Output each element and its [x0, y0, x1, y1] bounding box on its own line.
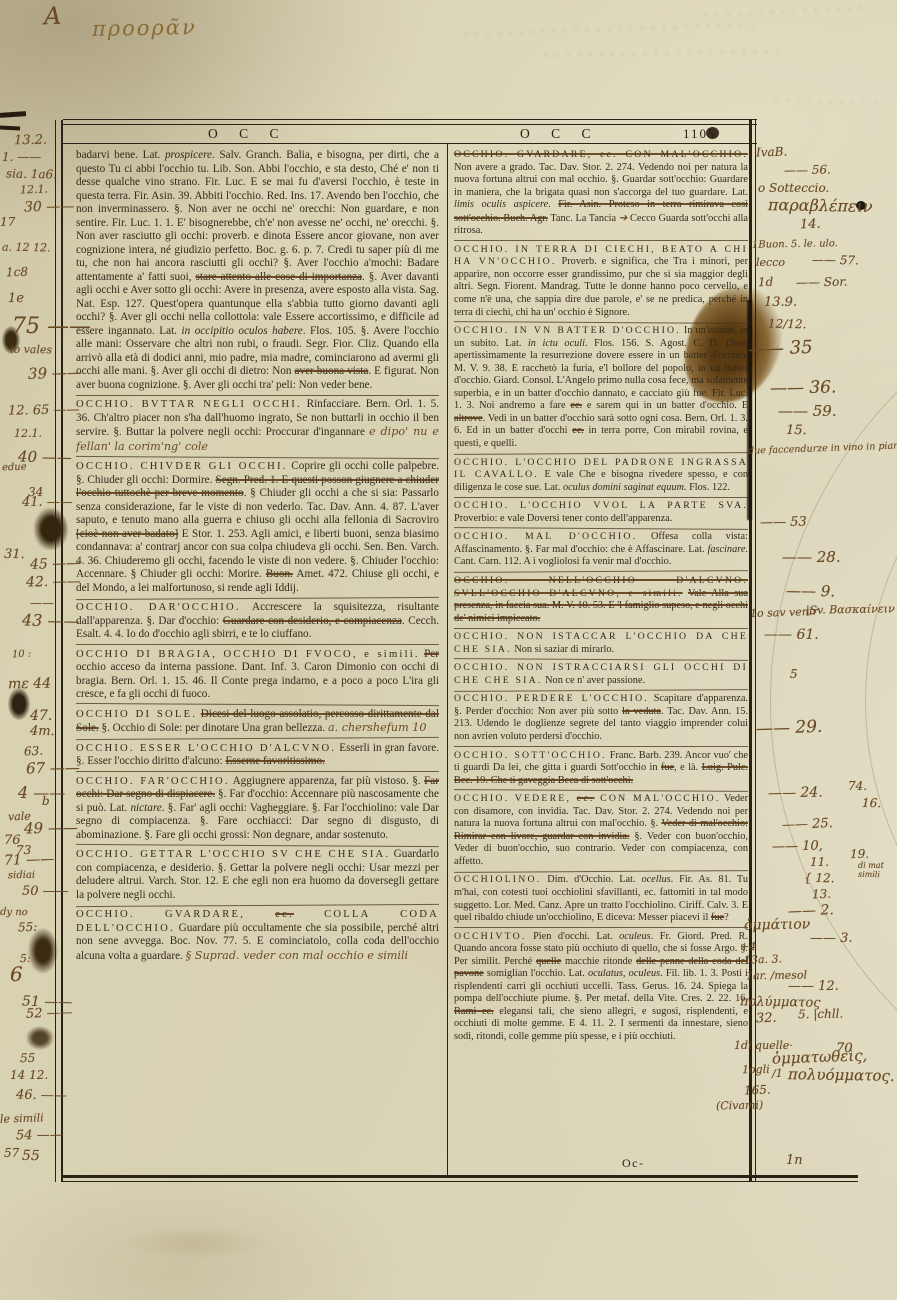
margin-annotation: 41. ——	[22, 496, 73, 509]
hand-separator-line	[76, 771, 439, 772]
margin-annotation: |Sv. Βασκαίνειν	[806, 603, 895, 616]
hand-separator-line	[76, 596, 439, 599]
entry-headword: OCCHIO. MAL D'OCCHIO.	[454, 531, 637, 542]
margin-annotation: 1d	[758, 276, 774, 289]
margin-annotation: 1Buon. 5. le. ulo.	[752, 239, 838, 250]
hand-separator-line	[76, 644, 439, 645]
margin-annotation: 45 ——	[30, 556, 81, 572]
dictionary-entry: badarvi bene. Lat. prospicere. Salv. Gra…	[76, 149, 439, 392]
margin-annotation: 14 12.	[10, 1069, 48, 1081]
margin-annotation: dy no	[0, 908, 28, 918]
margin-annotation: le simili	[0, 1112, 44, 1125]
dictionary-entry: OCCHIO. GVARDARE, ec. COLLA CODA DELL'OC…	[76, 908, 439, 963]
margin-annotation: due faccendurze in vino in piana	[748, 441, 897, 456]
hand-separator-line	[76, 395, 439, 396]
margin-annotation: o Sotteccio.	[758, 182, 829, 194]
hand-separator-line	[454, 689, 748, 692]
margin-annotation: lecco	[756, 257, 785, 268]
catchword: Oc-	[622, 1156, 645, 1171]
margin-annotation: ὀμματωθεὶς,	[772, 1048, 868, 1066]
margin-annotation: 15.	[786, 424, 807, 437]
entry-headword: OCCHIO. CHIVDER GLI OCCHI.	[76, 461, 288, 472]
margin-annotation: 13.	[812, 888, 832, 901]
handwritten-addition: § Suprad. veder con mal occhio e simili	[186, 949, 408, 962]
margin-annotation: di mat	[858, 862, 884, 870]
margin-annotation: 5. |chll.	[798, 1008, 843, 1021]
entry-headword: OCCHIO. PERDERE L'OCCHIO.	[454, 693, 649, 704]
hand-separator-line	[454, 452, 748, 455]
margin-annotation: 13a. 3.	[744, 953, 782, 965]
ink-smudge	[26, 1026, 54, 1050]
margin-annotation: 31.	[4, 548, 25, 561]
frame-rule-underhead	[63, 143, 757, 144]
margin-annotation: —— 28.	[782, 550, 841, 565]
hand-separator-line	[454, 497, 748, 498]
margin-annotation: —— 57.	[812, 254, 859, 267]
ink-stroke	[0, 125, 20, 130]
running-head-left: O C C	[208, 126, 288, 142]
margin-annotation: 67 ——	[26, 761, 80, 777]
margin-annotation: 19.	[850, 848, 869, 860]
dictionary-entry: OCCHIO. PERDERE L'OCCHIO. Scapitare d'ap…	[454, 693, 748, 743]
dictionary-entry: OCCHIO. NON ISTRACCIARSI GLI OCCHI DI CH…	[454, 662, 748, 687]
entry-headword: OCCHIO DI BRAGIA, OCCHIO DI FVOCO, e sim…	[76, 649, 420, 660]
handwritten-addition: ➔	[619, 212, 628, 224]
margin-annotation: 12.1.	[14, 428, 42, 439]
hand-separator-line	[454, 927, 748, 928]
margin-annotation: —— 29.	[756, 719, 823, 738]
margin-annotation: 14.	[800, 218, 821, 232]
column-left: badarvi bene. Lat. prospicere. Salv. Gra…	[76, 149, 439, 1173]
margin-annotation: edue	[2, 463, 27, 474]
margin-annotation: 5	[790, 668, 798, 680]
dictionary-entry: OCCHIO. IN TERRA DI CIECHI, BEATO A CHI …	[454, 244, 748, 319]
entry-headword: OCCHIO. DAR'OCCHIO.	[76, 602, 241, 613]
dictionary-entry: OCCHIO DI SOLE. Dicesi del luogo assolat…	[76, 708, 439, 736]
entry-headword: OCCHIO. BVTTAR NEGLI OCCHI.	[76, 399, 302, 410]
margin-annotation: πολυόμματος.	[788, 1067, 895, 1084]
margin-annotation: —— 59.	[778, 404, 837, 419]
margin-annotation: sia. 1a6.	[6, 168, 57, 181]
margin-annotation: /1	[772, 1068, 783, 1079]
margin-annotation: simili	[858, 871, 880, 879]
entry-headword: OCCHIO. NON ISTACCAR L'OCCHIO DA CHE CHE…	[454, 631, 748, 655]
frame-rule-top-1	[63, 119, 757, 120]
column-right: OCCHIO. GVARDARE, ec. CON MAL'OCCHIO. No…	[454, 149, 748, 1159]
page: προορᾶν O C C O C C 1105 badarvi bene. L…	[0, 0, 897, 1300]
entry-headword: OCCHIO. IN TERRA DI CIECHI, BEATO A CHI …	[454, 244, 748, 268]
margin-annotation: —— 24.	[768, 786, 823, 801]
frame-rule-left-outer	[55, 120, 56, 1182]
margin-annotation: sidiai	[8, 871, 35, 881]
margin-annotation: 1ogli	[742, 1064, 770, 1075]
margin-annotation: 17	[0, 216, 15, 228]
margin-annotation: 32.	[756, 1012, 777, 1026]
ink-bleedthrough	[770, 98, 880, 105]
ink-bleedthrough	[540, 50, 780, 57]
margin-annotation: 55:	[18, 921, 38, 934]
page-number: 1105	[683, 126, 717, 142]
dictionary-entry: OCCHIO. FAR'OCCHIO. Aggiugnere apparenza…	[76, 775, 439, 843]
margin-annotation: παραβλέπειν	[768, 197, 873, 215]
margin-annotation: 57	[4, 1147, 19, 1159]
margin-annotation: 39 ——	[28, 365, 82, 382]
dictionary-entry: OCCHIO. MAL D'OCCHIO. Offesa colla vista…	[454, 531, 748, 569]
entry-headword: OCCHIO. FAR'OCCHIO.	[76, 776, 230, 787]
entry-headword: OCCHIO. ESSER L'OCCHIO D'ALCVNO.	[76, 743, 336, 754]
hand-separator-line	[76, 843, 439, 846]
dictionary-entry: OCCHIO. L'OCCHIO VVOL LA PARTE SVA. Prov…	[454, 500, 748, 525]
hand-separator-line	[76, 703, 439, 706]
ink-blot	[28, 928, 58, 974]
margin-annotation: 50 ——	[22, 885, 69, 898]
stain-arc-inner	[865, 355, 897, 1047]
margin-annotation: —— 10,	[772, 840, 823, 854]
margin-annotation: 74.	[848, 780, 867, 792]
margin-annotation: 1c8	[6, 266, 28, 279]
margin-annotation: 55	[20, 1052, 35, 1064]
margin-annotation: —— 9.	[786, 584, 835, 600]
margin-annotation: —— 61.	[764, 628, 819, 642]
margin-annotation: { 12.	[804, 872, 835, 885]
frame-rule-left-inner	[61, 120, 63, 1182]
frame-rule-bottom-1	[63, 1175, 858, 1178]
frame-rule-top-2	[63, 124, 757, 125]
running-head-right: O C C	[520, 126, 600, 142]
margin-annotation: 49 ——	[24, 821, 78, 837]
dictionary-entry: OCCHIVTO. Pien d'occhi. Lat. oculeus. Fr…	[454, 931, 748, 1044]
margin-annotation: 47.	[30, 709, 52, 723]
margin-annotation: +4	[740, 941, 756, 952]
margin-annotation: 71 ——	[4, 852, 55, 868]
ink-bleedthrough	[460, 23, 760, 36]
margin-annotation: ὀμμάτιον	[744, 917, 810, 932]
dictionary-entry: OCCHIO DI BRAGIA, OCCHIO DI FVOCO, e sim…	[76, 648, 439, 702]
entry-headword: OCCHIO. GVARDARE, ec. COLLA CODA DELL'OC…	[76, 909, 439, 934]
hand-separator-line	[454, 870, 748, 873]
margin-annotation: b	[42, 795, 50, 807]
dictionary-entry: OCCHIO. ESSER L'OCCHIO D'ALCVNO. Esserli…	[76, 742, 439, 769]
margin-annotation: 165.	[744, 1084, 771, 1097]
dictionary-entry: OCCHIO. CHIVDER GLI OCCHI. Coprire gli o…	[76, 460, 439, 595]
margin-annotation: mε 44	[8, 677, 51, 692]
margin-annotation: IvaB.	[756, 145, 788, 158]
hand-separator-line	[76, 903, 439, 906]
entry-headword: OCCHIO. GVARDARE, ec. CON MAL'OCCHIO.	[454, 149, 748, 160]
entry-headword: OCCHIO. IN VN BATTER D'OCCHIO.	[454, 325, 681, 336]
hand-separator-line	[76, 455, 439, 458]
ink-bleedthrough	[700, 6, 870, 18]
handwritten-addition: a. chershefum 10	[328, 721, 427, 734]
hand-separator-line	[454, 658, 748, 661]
margin-annotation: 42. ——	[26, 575, 81, 590]
margin-annotation: 63.	[24, 745, 44, 758]
margin-annotation: 12. 65 ——	[8, 403, 80, 417]
dictionary-entry: OCCHIO. VEDERE, ec. CON MAL'OCCHIO. Vede…	[454, 793, 748, 868]
margin-annotation: 75 ——	[12, 316, 91, 338]
margin-annotation: —— Sor.	[796, 276, 848, 289]
dictionary-entry: OCCHIO. SOTT'OCCHIO. Franc. Barb. 239. A…	[454, 750, 748, 788]
dictionary-entry: OCCHIO. BVTTAR NEGLI OCCHI. Rinfacciare.…	[76, 398, 439, 454]
hand-separator-line	[454, 628, 748, 629]
margin-annotation: 11.	[810, 856, 829, 868]
entry-headword: OCCHIVTO.	[454, 931, 527, 942]
hand-separator-line	[76, 737, 439, 740]
dictionary-entry: OCCHIO. GVARDARE, ec. CON MAL'OCCHIO. No…	[454, 149, 748, 238]
margin-annotation: 13.9.	[764, 296, 797, 309]
entry-headword: OCCHIO. SOTT'OCCHIO.	[454, 750, 607, 761]
hand-separator-line	[454, 321, 748, 324]
margin-annotation: 16.	[862, 797, 881, 809]
entry-headword: OCCHIO. L'OCCHIO DEL PADRONE INGRASSA IL…	[454, 457, 748, 481]
frame-rule-center	[447, 143, 448, 1175]
margin-annotation: —— 36.	[770, 379, 837, 397]
margin-annotation: 10 :	[12, 650, 32, 661]
entry-headword: OCCHIO DI SOLE.	[76, 709, 197, 720]
margin-annotation: 30 ——	[24, 200, 75, 215]
margin-annotation: ——	[30, 597, 54, 609]
margin-annotation: 43 ——	[22, 612, 80, 629]
margin-annotation: io vales	[10, 344, 52, 356]
margin-annotation: 12/12.	[768, 318, 807, 331]
dictionary-entry: OCCHIO. GETTAR L'OCCHIO SV CHE CHE SIA. …	[76, 848, 439, 902]
dictionary-entry: OCCHIO. DAR'OCCHIO. Accrescere la squisi…	[76, 601, 439, 642]
handwritten-greek-note: προορᾶν	[92, 15, 197, 41]
dictionary-entry: OCCHIO. NELL'OCCHIO D'ALCVNO. SVLL'OCCHI…	[454, 575, 748, 625]
margin-annotation: a. 12 12.	[2, 242, 51, 254]
margin-annotation: —— 56.	[784, 164, 831, 177]
margin-annotation: A	[44, 4, 62, 29]
margin-annotation: —— 35	[748, 339, 813, 359]
margin-annotation: 54 ——	[16, 1129, 63, 1143]
hand-separator-line	[454, 570, 748, 573]
margin-annotation: —— 53	[760, 516, 807, 530]
stain	[120, 1225, 270, 1261]
margin-annotation: 13.2.	[14, 134, 47, 148]
dictionary-entry: OCCHIO. NON ISTACCAR L'OCCHIO DA CHE CHE…	[454, 631, 748, 656]
ink-blot	[8, 688, 30, 720]
hand-separator-line	[454, 240, 748, 241]
margin-annotation: 46. ——	[16, 1089, 67, 1103]
hand-separator-line	[454, 746, 748, 747]
ink-stroke	[0, 111, 26, 118]
entry-headword: OCCHIO. VEDERE, ec. CON MAL'OCCHIO.	[454, 793, 721, 804]
margin-annotation: —— 25.	[782, 817, 833, 832]
margin-annotation: 6	[10, 964, 23, 984]
entry-headword: OCCHIO. NON ISTRACCIARSI GLI OCCHI DI CH…	[454, 662, 748, 686]
margin-annotation: 55	[22, 1149, 40, 1163]
entry-headword: OCCHIOLINO.	[454, 874, 541, 885]
hand-separator-line	[454, 527, 748, 530]
margin-annotation: 1e	[8, 292, 24, 305]
frame-rule-bottom-2	[63, 1181, 858, 1182]
margin-annotation: 1n	[786, 1154, 803, 1167]
entry-headword: OCCHIO. GETTAR L'OCCHIO SV CHE CHE SIA.	[76, 849, 390, 860]
dictionary-entry: OCCHIO. L'OCCHIO DEL PADRONE INGRASSA IL…	[454, 457, 748, 495]
hand-separator-line	[454, 789, 748, 792]
margin-annotation: —— 3.	[810, 932, 853, 945]
margin-annotation: 4m.	[30, 725, 55, 738]
margin-annotation: 1. ——	[2, 151, 41, 163]
dictionary-entry: OCCHIOLINO. Dim. d'Occhio. Lat. ocellus.…	[454, 874, 748, 924]
dictionary-entry: OCCHIO. IN VN BATTER D'OCCHIO. In un'ist…	[454, 325, 748, 450]
margin-annotation: 52 ——	[26, 1006, 73, 1021]
margin-annotation: —— 12.	[788, 980, 839, 993]
margin-annotation: (Civami)	[716, 1100, 763, 1112]
margin-annotation: 12.1.	[20, 184, 48, 196]
handwritten-addition: e dipo' nu e fellan' la corim'ng' cole	[76, 425, 439, 453]
frame-rule-right-inner	[749, 120, 752, 1182]
entry-headword: OCCHIO. L'OCCHIO VVOL LA PARTE SVA.	[454, 500, 748, 511]
